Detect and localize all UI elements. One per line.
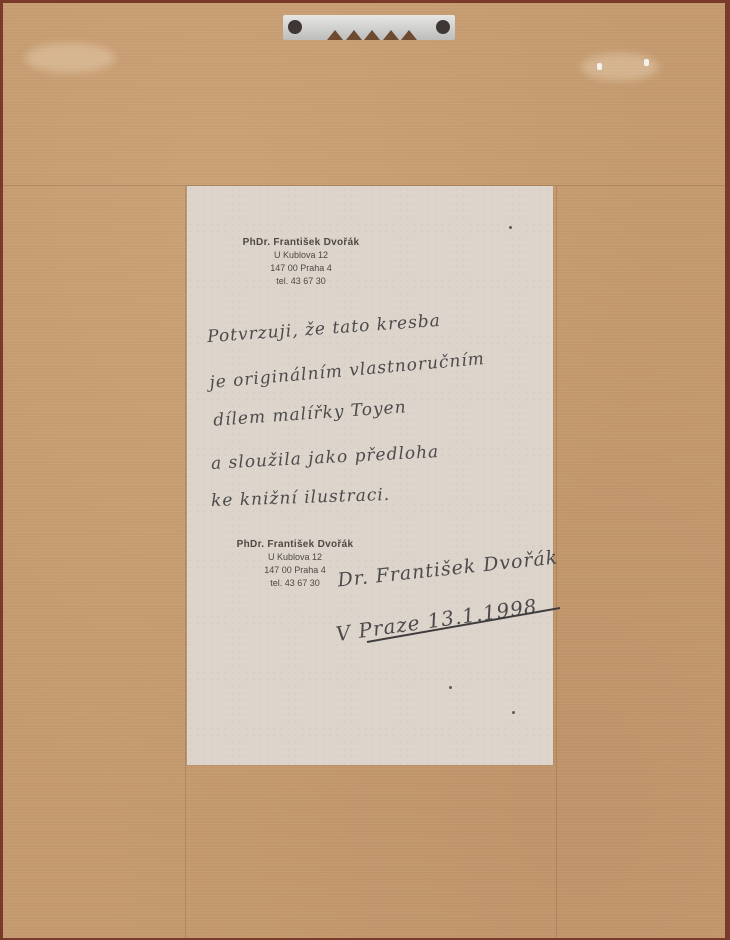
letterhead-street: U Kublova 12	[231, 249, 371, 262]
screw-icon	[436, 20, 450, 34]
screw-icon	[288, 20, 302, 34]
worn-patch-left	[25, 43, 115, 73]
letterhead-top: PhDr. František Dvořák U Kublova 12 147 …	[231, 236, 371, 288]
tack-icon	[644, 59, 649, 66]
paper-speck	[512, 711, 515, 714]
stamp-street: U Kublova 12	[225, 551, 365, 564]
frame-backing: PhDr. František Dvořák U Kublova 12 147 …	[3, 3, 725, 938]
handwritten-line: ke knižní ilustraci.	[211, 485, 391, 511]
paper-speck	[509, 226, 512, 229]
letterhead-phone: tel. 43 67 30	[231, 275, 371, 288]
tack-icon	[597, 63, 602, 70]
stamp-name: PhDr. František Dvořák	[225, 538, 365, 551]
handwritten-line: a sloužila jako předloha	[211, 442, 440, 474]
paper-speck	[449, 686, 452, 689]
handwritten-line: dílem malířky Toyen	[213, 397, 408, 430]
letterhead-city: 147 00 Praha 4	[231, 262, 371, 275]
letterhead-name: PhDr. František Dvořák	[231, 236, 371, 249]
place-date: V Praze 13.1.1998	[334, 594, 539, 646]
worn-patch-right	[581, 53, 659, 81]
sawtooth-hanger-icon	[283, 15, 455, 40]
hanger-teeth	[327, 30, 417, 40]
signature: Dr. František Dvořák	[336, 546, 559, 591]
handwritten-line: je originálním vlastnoručním	[209, 349, 486, 393]
certificate-note: PhDr. František Dvořák U Kublova 12 147 …	[187, 186, 553, 765]
handwritten-line: Potvrzuji, že tato kresba	[207, 311, 442, 347]
